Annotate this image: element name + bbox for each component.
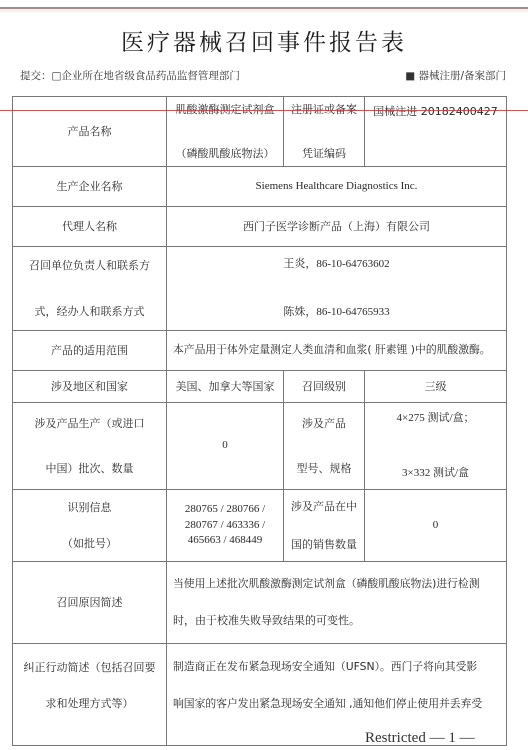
label-corrective-action: 纠正行动简述（包括召回要 求和处理方式等） [13, 644, 167, 746]
action-line1: 制造商正在发布紧急现场安全通知（UFSN）。西门子将向其受影 [173, 661, 503, 674]
sales-label-line1: 涉及产品在中 [291, 500, 357, 513]
value-lot-numbers: 280765 / 280766 / 280767 / 463336 / 4656… [167, 490, 284, 562]
batches-label-line2: 中国）批次、数量 [46, 462, 134, 475]
value-agent: 西门子医学诊断产品（上海）有限公司 [167, 207, 507, 247]
contact-label-line2: 式，经办人和联系方式 [35, 305, 145, 318]
label-registration-number: 注册证或备案 凭证编码 [284, 97, 365, 167]
row-manufacturer: 生产企业名称 Siemens Healthcare Diagnostics In… [13, 167, 507, 207]
model-value-line2: 3×332 测试/盒 [402, 467, 469, 480]
contact-label-line1: 召回单位负责人和联系方 [29, 259, 150, 272]
value-region: 美国、加拿大等国家 [167, 371, 284, 403]
row-batches: 涉及产品生产（或进口 中国）批次、数量 0 涉及产品 型号、规格 4×275 测… [13, 403, 507, 490]
label-batches: 涉及产品生产（或进口 中国）批次、数量 [13, 403, 167, 490]
label-china-sales: 涉及产品在中 国的销售数量 [284, 490, 365, 562]
label-manufacturer: 生产企业名称 [13, 167, 167, 207]
label-region: 涉及地区和国家 [13, 371, 167, 403]
action-line2: 响国家的客户发出紧急现场安全通知 ,通知他们停止使用并丢弃受 [173, 698, 503, 711]
model-label-line1: 涉及产品 [302, 417, 346, 430]
page-footer: Restricted — 1 — [365, 730, 475, 747]
reg-value-text: 国械注进 20182400427 [373, 105, 497, 118]
label-contact: 召回单位负责人和联系方 式，经办人和联系方式 [13, 247, 167, 331]
value-registration-number: 国械注进 20182400427 [365, 97, 507, 167]
contact-line1: 王炎，86-10-64763602 [283, 258, 389, 271]
label-product-name: 产品名称 [13, 97, 167, 167]
contact-line2: 陈姝，86-10-64765933 [283, 306, 389, 319]
label-identification: 识别信息 （如批号） [13, 490, 167, 562]
reg-label-line2: 凭证编码 [302, 147, 346, 160]
row-agent: 代理人名称 西门子医学诊断产品（上海）有限公司 [13, 207, 507, 247]
reason-line2: 时，由于校准失败导致结果的可变性。 [173, 614, 503, 627]
value-china-sales: 0 [365, 490, 507, 562]
sales-label-line2: 国的销售数量 [291, 538, 357, 551]
label-scope: 产品的适用范围 [13, 331, 167, 371]
submit-to-registration-dept: ■ 器械注册/备案部门 [405, 68, 506, 83]
value-recall-level: 三级 [365, 371, 507, 403]
red-strikethrough-line [0, 110, 528, 111]
row-region: 涉及地区和国家 美国、加拿大等国家 召回级别 三级 [13, 371, 507, 403]
row-product-name: 产品名称 肌酸激酶测定试剂盒 （磷酸肌酸底物法） 注册证或备案 凭证编码 国械注… [13, 97, 507, 167]
value-batches: 0 [167, 403, 284, 490]
lot-line2: 280767 / 463336 / [170, 518, 280, 533]
lot-line1: 280765 / 280766 / [170, 502, 280, 517]
value-product-name: 肌酸激酶测定试剂盒 （磷酸肌酸底物法） [167, 97, 284, 167]
submit-to-provincial: 提交：□企业所在地省级食品药品监督管理部门 [20, 68, 240, 83]
value-contact: 王炎，86-10-64763602 陈姝，86-10-64765933 [167, 247, 507, 331]
row-identification: 识别信息 （如批号） 280765 / 280766 / 280767 / 46… [13, 490, 507, 562]
lot-line3: 465663 / 468449 [170, 533, 280, 548]
reason-line1: 当使用上述批次肌酸激酶测定试剂盒（磷酸肌酸底物法)进行检测 [173, 578, 503, 591]
row-contact: 召回单位负责人和联系方 式，经办人和联系方式 王炎，86-10-64763602… [13, 247, 507, 331]
label-recall-level: 召回级别 [284, 371, 365, 403]
label-reason: 召回原因简述 [13, 562, 167, 644]
model-value-line1: 4×275 测试/盒； [396, 412, 474, 425]
row-scope: 产品的适用范围 本产品用于体外定量测定人类血清和血浆( 肝素锂 )中的肌酸激酶。 [13, 331, 507, 371]
action-label-line1: 纠正行动简述（包括召回要 [24, 661, 156, 674]
model-label-line2: 型号、规格 [297, 462, 352, 475]
ident-label-line1: 识别信息 [68, 501, 112, 514]
product-name-line2: （磷酸肌酸底物法） [176, 147, 275, 160]
value-reason: 当使用上述批次肌酸激酶测定试剂盒（磷酸肌酸底物法)进行检测 时，由于校准失败导致… [167, 562, 507, 644]
label-agent: 代理人名称 [13, 207, 167, 247]
page-title: 医疗器械召回事件报告表 [0, 24, 528, 57]
top-rule-shadow [0, 9, 528, 12]
batches-label-line1: 涉及产品生产（或进口 [35, 417, 145, 430]
value-model-spec: 4×275 测试/盒； 3×332 测试/盒 [365, 403, 507, 490]
action-label-line2: 求和处理方式等） [46, 697, 134, 710]
label-model-spec: 涉及产品 型号、规格 [284, 403, 365, 490]
ident-label-line2: （如批号） [62, 537, 117, 550]
row-reason: 召回原因简述 当使用上述批次肌酸激酶测定试剂盒（磷酸肌酸底物法)进行检测 时，由… [13, 562, 507, 644]
recall-report-table: 产品名称 肌酸激酶测定试剂盒 （磷酸肌酸底物法） 注册证或备案 凭证编码 国械注… [12, 96, 507, 746]
value-manufacturer: Siemens Healthcare Diagnostics Inc. [167, 167, 507, 207]
value-scope: 本产品用于体外定量测定人类血清和血浆( 肝素锂 )中的肌酸激酶。 [167, 331, 507, 371]
